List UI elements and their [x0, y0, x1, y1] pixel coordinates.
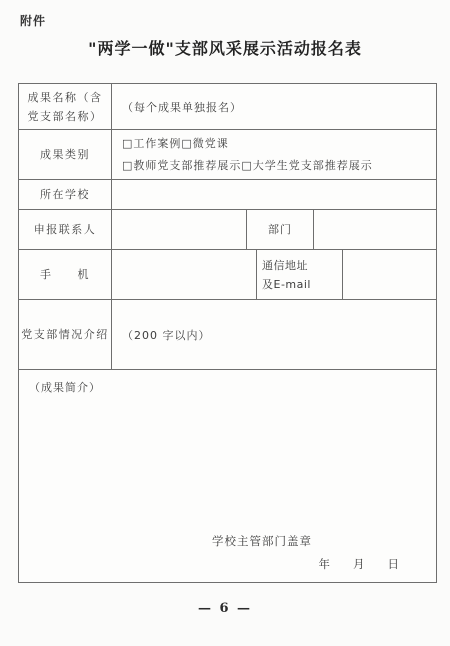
page-number: — 6 —	[0, 601, 450, 616]
result-name-hint: （每个成果单独报名）	[122, 99, 436, 115]
address-label-line1: 通信地址	[262, 256, 308, 275]
page-title: "两学一做"支部风采展示活动报名表	[0, 36, 450, 59]
branch-intro-value: （200 字以内）	[111, 300, 436, 369]
attachment-label: 附件	[20, 12, 46, 29]
contact-label: 申报联系人	[19, 210, 111, 249]
department-value	[313, 210, 436, 249]
category-label: 成果类别	[19, 130, 111, 179]
branch-intro-hint: （200 字以内）	[122, 327, 436, 343]
table-row-contact: 申报联系人 部门	[19, 210, 436, 250]
address-label-line2: 及E-mail	[262, 275, 311, 294]
school-label: 所在学校	[19, 180, 111, 209]
category-options-line2: □教师党支部推荐展示□大学生党支部推荐展示	[122, 155, 436, 177]
result-name-label-line1: 成果名称（含	[28, 88, 103, 107]
school-value	[111, 180, 436, 209]
address-email-label: 通信地址 及E-mail	[256, 250, 342, 299]
table-row-result-name: 成果名称（含 党支部名称） （每个成果单独报名）	[19, 84, 436, 130]
branch-intro-label: 党支部情况介绍	[19, 300, 111, 369]
department-label: 部门	[246, 210, 313, 249]
stamp-label: 学校主管部门盖章	[19, 532, 436, 550]
phone-label: 手 机	[19, 250, 111, 299]
result-name-label-line2: 党支部名称）	[28, 107, 103, 126]
result-name-value: （每个成果单独报名）	[111, 84, 436, 129]
table-row-branch-intro: 党支部情况介绍 （200 字以内）	[19, 300, 436, 370]
summary-blank-space	[19, 395, 436, 532]
address-email-value	[342, 250, 436, 299]
result-name-label: 成果名称（含 党支部名称）	[19, 84, 111, 129]
category-options: □工作案例□微党课 □教师党支部推荐展示□大学生党支部推荐展示	[111, 130, 436, 179]
table-row-school: 所在学校	[19, 180, 436, 210]
phone-value	[111, 250, 256, 299]
summary-placeholder: （成果简介）	[19, 370, 436, 395]
registration-form-table: 成果名称（含 党支部名称） （每个成果单独报名） 成果类别 □工作案例□微党课 …	[18, 83, 437, 583]
table-row-phone: 手 机 通信地址 及E-mail	[19, 250, 436, 300]
table-row-summary: （成果简介） 学校主管部门盖章 年 月 日	[19, 370, 436, 582]
contact-value	[111, 210, 246, 249]
table-row-category: 成果类别 □工作案例□微党课 □教师党支部推荐展示□大学生党支部推荐展示	[19, 130, 436, 180]
date-label: 年 月 日	[19, 550, 436, 582]
category-options-line1: □工作案例□微党课	[122, 133, 436, 155]
summary-cell: （成果简介） 学校主管部门盖章 年 月 日	[19, 370, 436, 582]
